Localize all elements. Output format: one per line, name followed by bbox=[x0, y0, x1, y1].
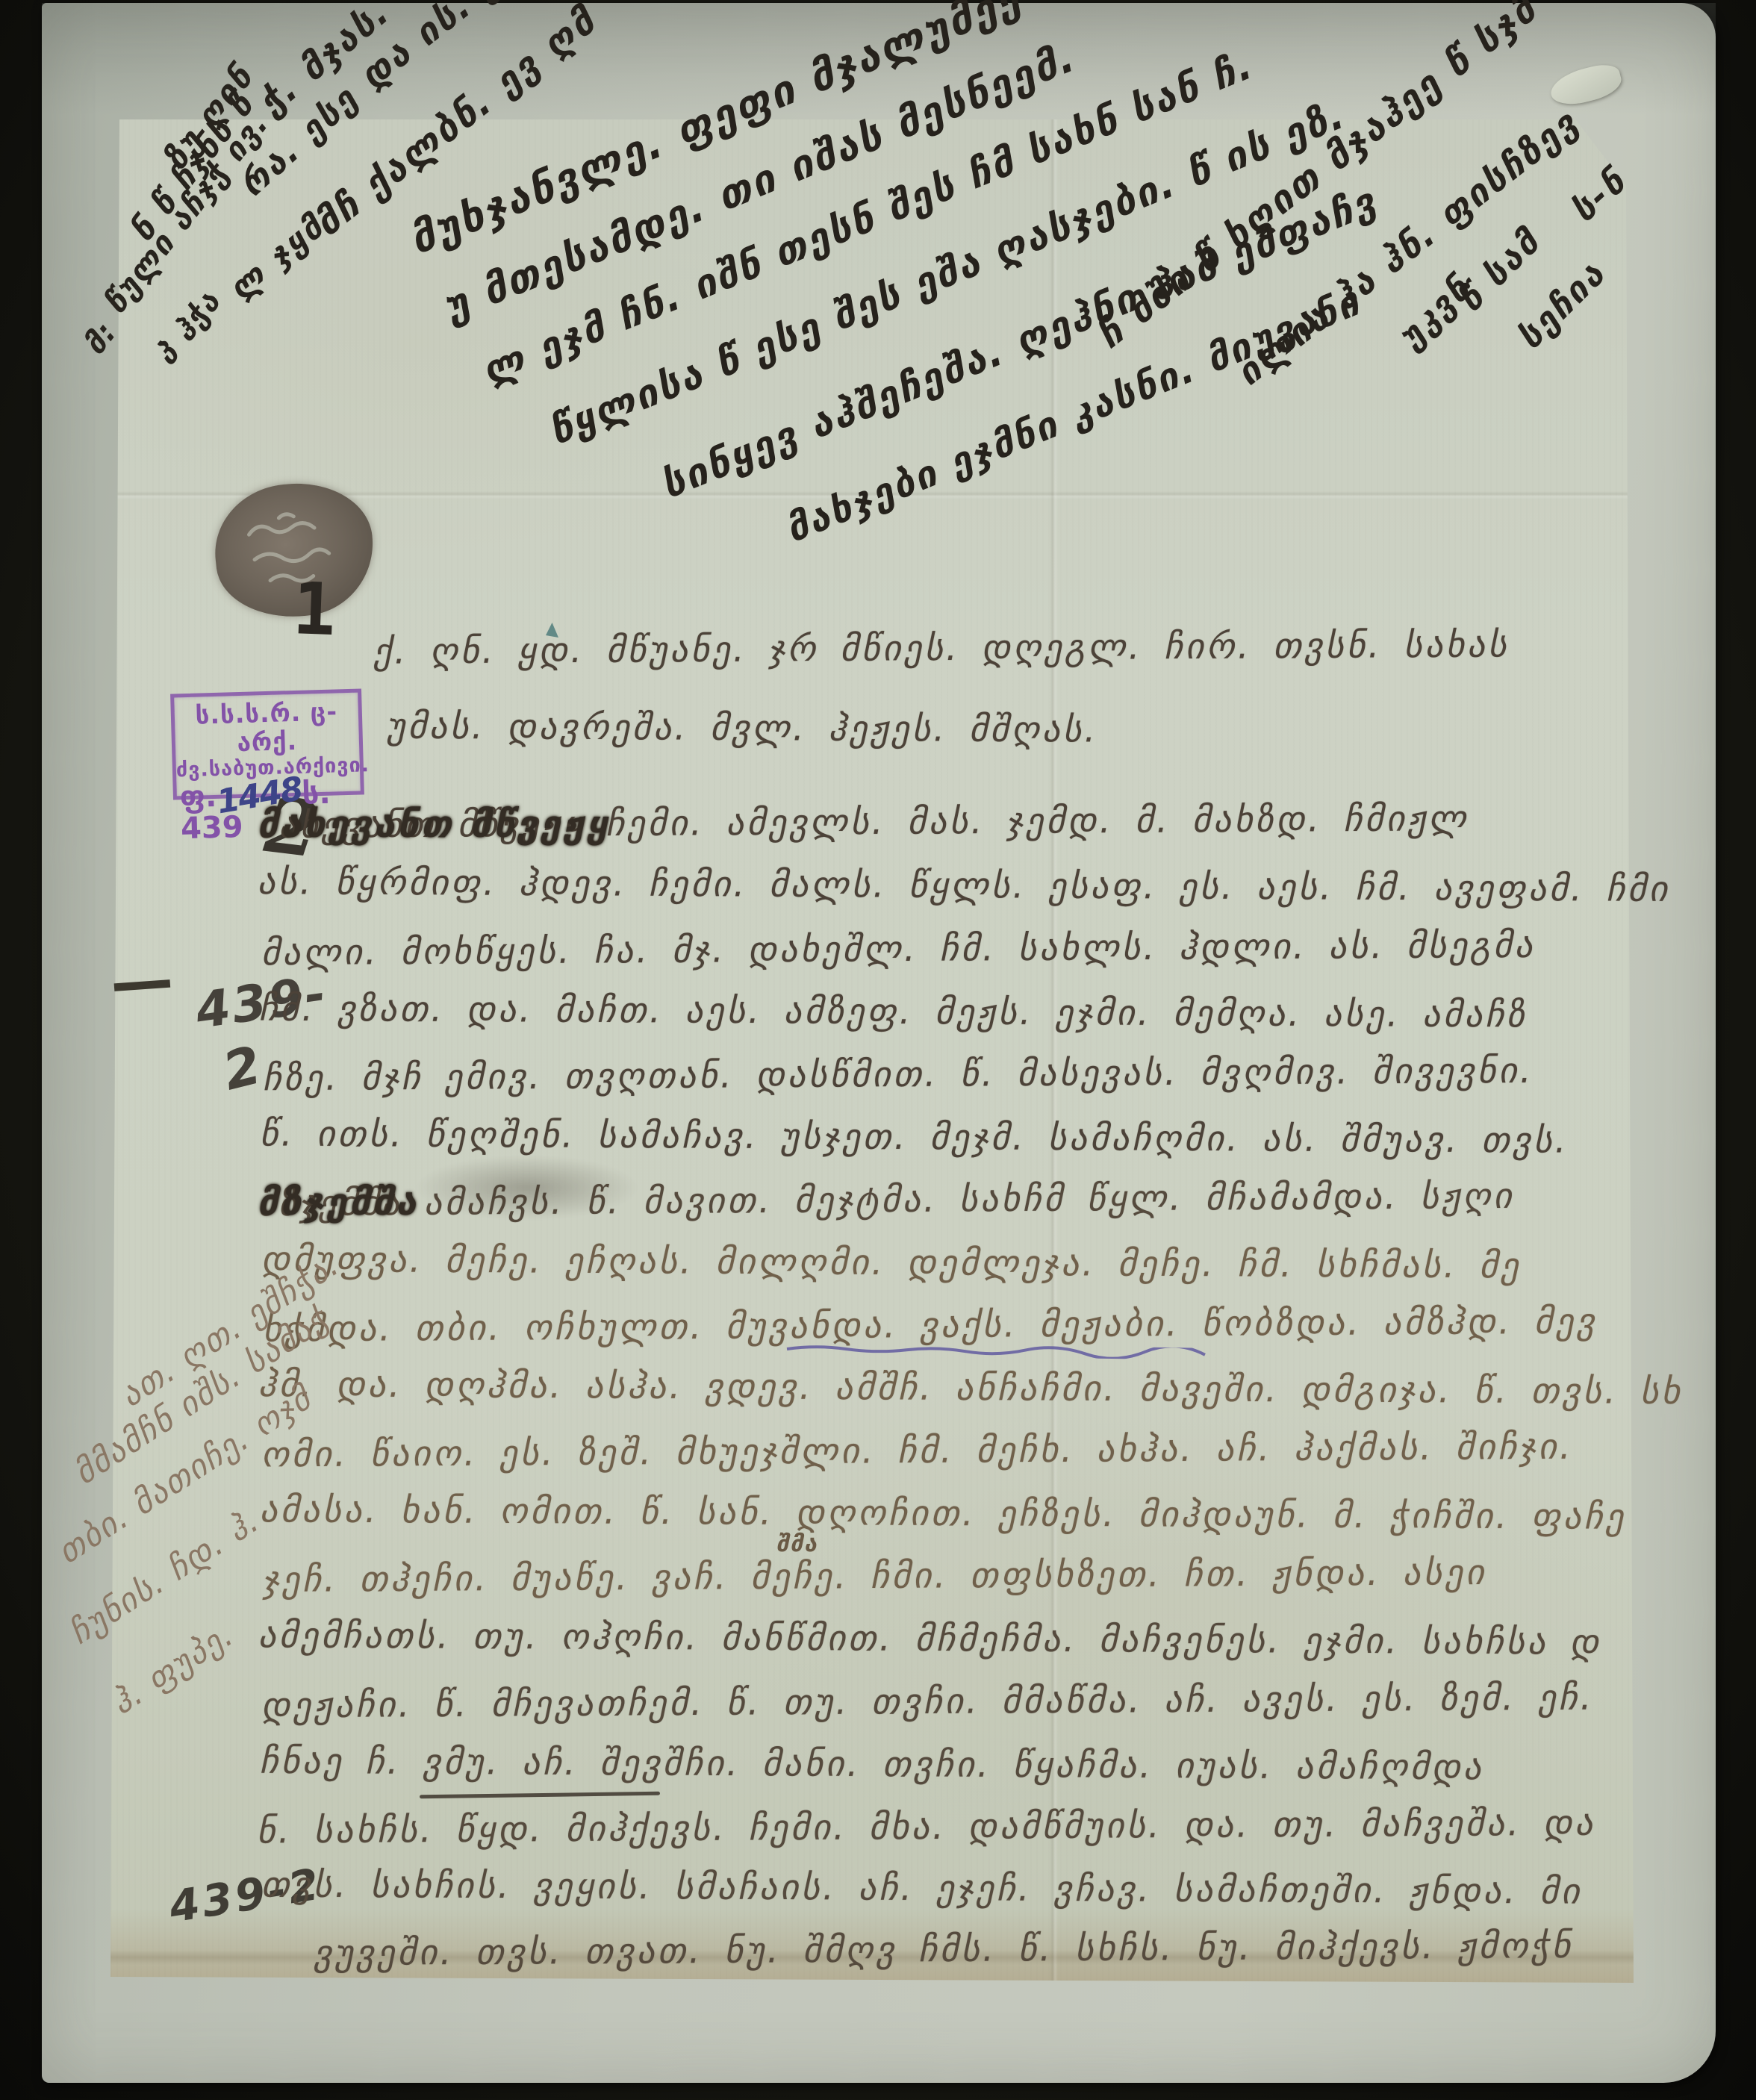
pencil-dash: — bbox=[108, 947, 175, 1015]
body-line: ჰმ. და. დღჰმა. ასჰა. ვდევ. ამშჩ. ანჩაჩმი… bbox=[258, 1367, 1683, 1409]
overwritten-word: მზჯემშა bbox=[258, 1181, 420, 1224]
body-line: დეჟაჩი. წ. მჩევათჩემ. წ. თუ. თვჩი. მმაწმ… bbox=[261, 1680, 1595, 1724]
body-line: წ. ითს. წეღშენ. სამაჩავ. უსჯეთ. მეჯმ. სა… bbox=[260, 1116, 1569, 1158]
body-line: ჯეჩ. თჰეჩი. მუაწე. ვაჩ. მეჩე. ჩმი. თფსხზ… bbox=[263, 1555, 1487, 1598]
superscript-insertion: შმა bbox=[776, 1533, 818, 1556]
body-line: ჩმ. ვზათ. და. მაჩთ. აეს. ამზეფ. მეჟს. ეჯ… bbox=[259, 991, 1528, 1033]
body-line: ას. წყრმიფ. ჰდევ. ჩემი. მალს. წყლს. ესაფ… bbox=[258, 864, 1670, 907]
body-line: მალი. მოხწყეს. ჩა. მჯ. დახეშლ. ჩმ. სახლს… bbox=[261, 928, 1536, 970]
stamp-fond-label: ფ. bbox=[179, 779, 217, 814]
body-line: ქ. ღნ. ყდ. მწუანე. ჯრ მწიეს. დღეგლ. ჩირ.… bbox=[373, 627, 1510, 669]
scanned-manuscript-page: ჭ. მჯას. და ის. ემ რა. ესე მჩ ქალბნ. ევ … bbox=[0, 0, 1756, 2100]
body-line: ჩნაე ჩ. ვმუ. აჩ. შევშჩი. მანი. თვჩი. წყა… bbox=[260, 1744, 1484, 1786]
body-line: დმუფვა. მეჩე. ეჩღას. მილღმი. დემლეჯა. მე… bbox=[261, 1242, 1522, 1284]
body-line: თვს. სახჩის. ვეყის. სმაჩაის. აჩ. ეჯეჩ. ვ… bbox=[261, 1867, 1583, 1909]
body-line: უმას. დავრეშა. მვლ. ჰეჟეს. მშღას. bbox=[387, 709, 1099, 748]
overwritten-word: მახევანთ მწვეჟყ bbox=[258, 803, 610, 846]
body-line: ჩზე. მჯჩ ემივ. თვღთან. დასწმით. წ. მასევ… bbox=[263, 1053, 1534, 1096]
ink-smudge bbox=[415, 1156, 639, 1220]
body-line: ამემჩათს. თუ. ოჰღჩი. მანწმით. მჩმეჩმა. მ… bbox=[258, 1618, 1601, 1660]
body-line: ომი. წაიო. ეს. ზეშ. მხუეჯშლი. ჩმ. მეჩხ. … bbox=[261, 1430, 1574, 1473]
body-line: ხჭმდა. თბი. ოჩხულთ. მუვანდა. ვაქს. მეჟაბ… bbox=[263, 1304, 1598, 1347]
stamp-line-1: ს.ს.ს.რ. ც-არქ. bbox=[174, 697, 359, 759]
body-line: ვუვეში. თვს. თვათ. ნუ. შმღვ ჩმს. წ. სხჩს… bbox=[314, 1928, 1573, 1971]
numeral-one-mark: 1 bbox=[291, 573, 332, 646]
body-line: ამასა. ხან. ომით. წ. სან. დღოჩით. ეჩზეს.… bbox=[260, 1492, 1626, 1535]
body-line: ნ. სახჩს. წყდ. მიჰქევს. ჩემი. მხა. დამწმ… bbox=[257, 1806, 1596, 1849]
archive-stamp: ს.ს.ს.რ. ც-არქ. ძვ.საბუთ.არქივი. ფ.1448ს… bbox=[170, 688, 364, 800]
